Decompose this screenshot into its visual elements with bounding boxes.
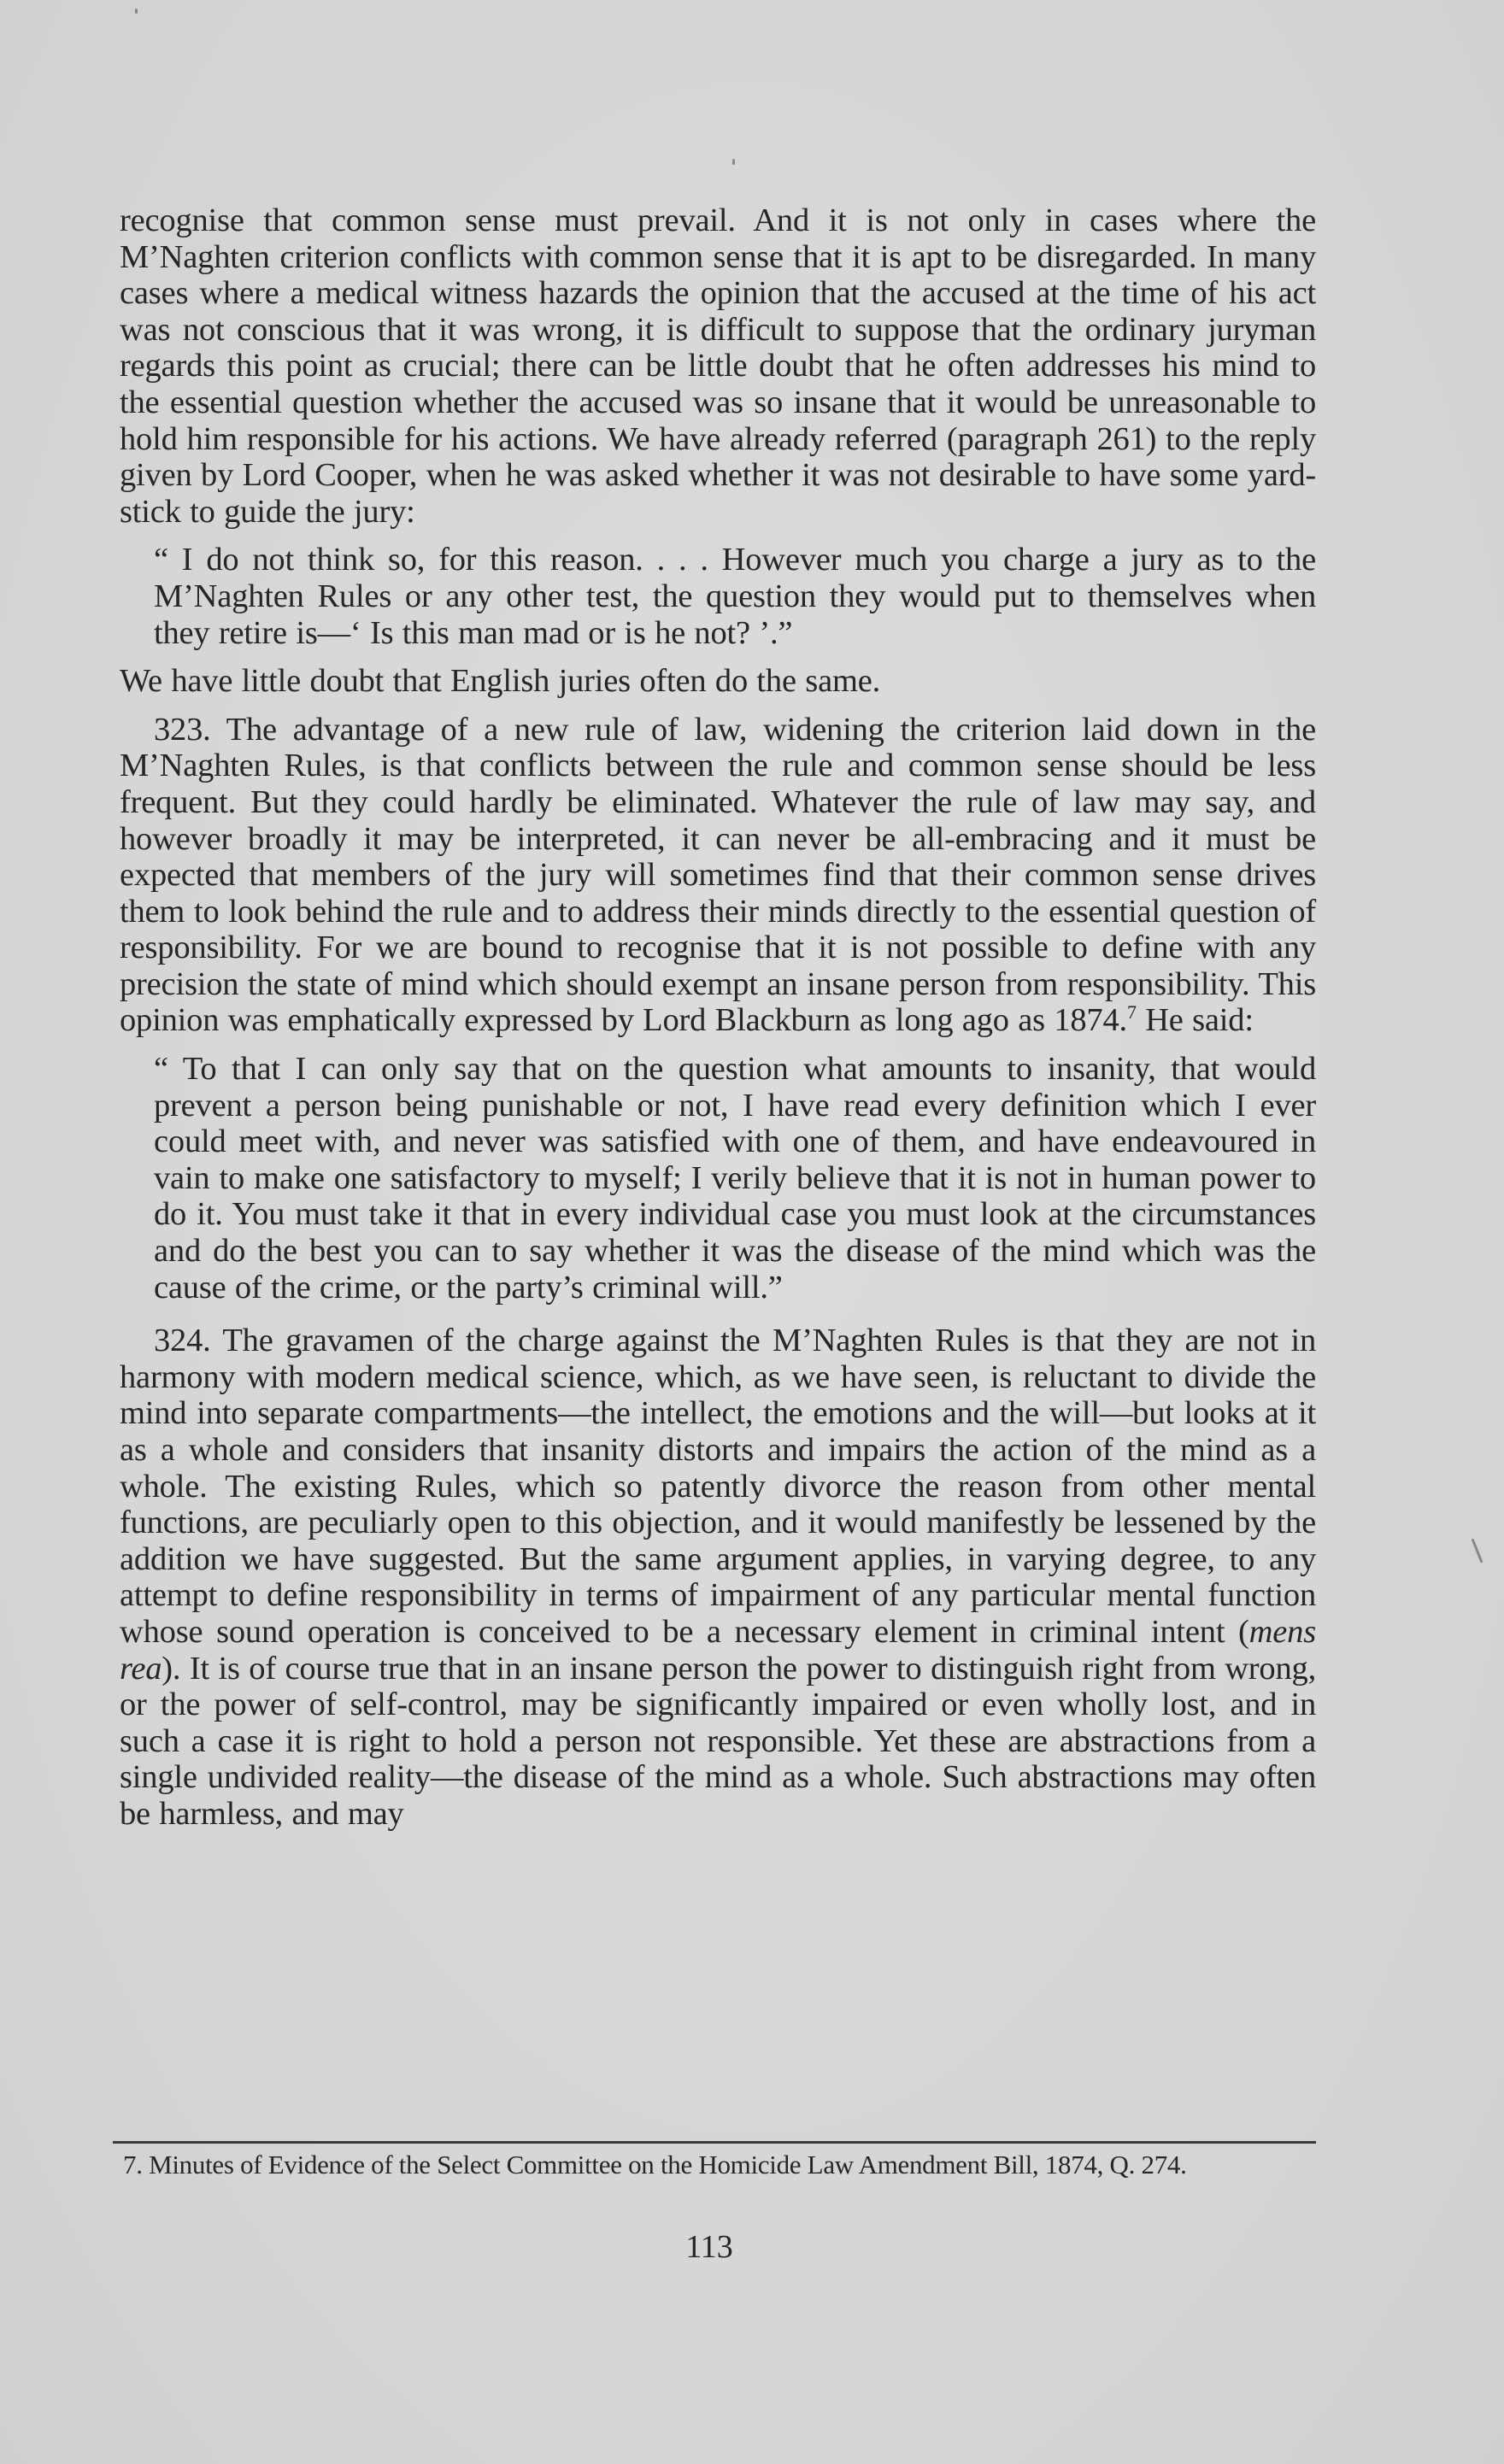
quotation-lord-blackburn: “ To that I can only say that on the que… xyxy=(154,1051,1316,1305)
quotation-lord-cooper: “ I do not think so, for this reason. . … xyxy=(154,542,1316,651)
scan-speck xyxy=(135,9,138,14)
footnote-7: 7. Minutes of Evidence of the Select Com… xyxy=(113,2150,1318,2180)
paragraph-english-juries: We have little doubt that English juries… xyxy=(120,663,1316,700)
book-page: recognise that common sense must prevail… xyxy=(0,0,1504,2464)
paragraph-324: 324. The gravamen of the charge against … xyxy=(120,1323,1316,1832)
paragraph-324-tail: ). It is of course true that in an insan… xyxy=(120,1651,1316,1832)
main-text: recognise that common sense must prevail… xyxy=(120,202,1316,1833)
scan-speck xyxy=(732,159,735,165)
footnote-reference-7[interactable]: 7 xyxy=(1127,1001,1137,1023)
page-number: 113 xyxy=(0,2228,1419,2266)
paragraph-323: 323. The advantage of a new rule of law,… xyxy=(120,712,1316,1039)
paragraph-324-text: 324. The gravamen of the charge against … xyxy=(120,1323,1316,1650)
paragraph-323-text: 323. The advantage of a new rule of law,… xyxy=(120,712,1316,1039)
footnote-7-text: 7. Minutes of Evidence of the Select Com… xyxy=(113,2150,1318,2180)
paragraph-323-tail: He said: xyxy=(1137,1002,1254,1038)
scan-mark xyxy=(1471,1539,1483,1563)
footnote-divider xyxy=(113,2141,1316,2144)
paragraph-continuation: recognise that common sense must prevail… xyxy=(120,202,1316,530)
